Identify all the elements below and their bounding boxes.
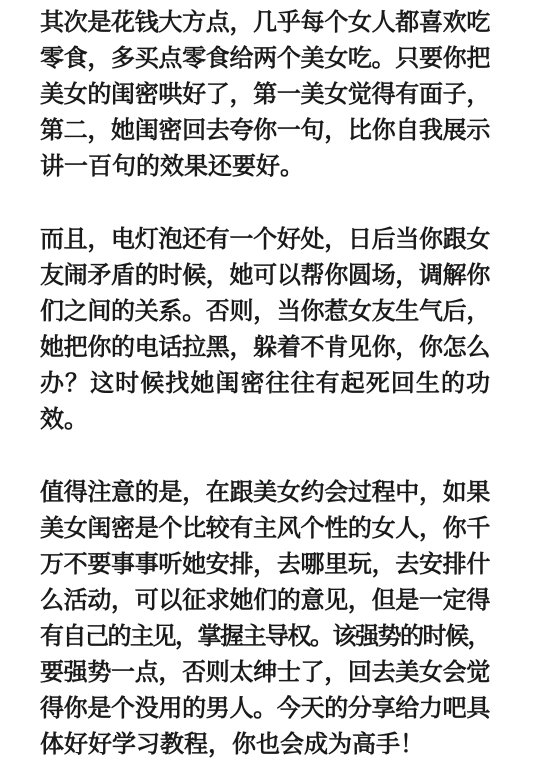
- article-page: 其次是花钱大方点，几乎每个女人都喜欢吃零食，多买点零食给两个美女吃。只要你把美女…: [0, 0, 540, 763]
- text-line: 得你是个没用的男人。今天的分享给力吧具: [40, 691, 490, 727]
- text-line: 美女闺密是个比较有主风个性的女人，你千: [40, 511, 490, 547]
- text-line: 办？这时候找她闺密往往有起死回生的功: [40, 366, 490, 402]
- text-line: 讲一百句的效果还要好。: [40, 149, 490, 185]
- text-line: 值得注意的是，在跟美女约会过程中，如果: [40, 475, 490, 511]
- article-paragraphs: 其次是花钱大方点，几乎每个女人都喜欢吃零食，多买点零食给两个美女吃。只要你把美女…: [40, 5, 490, 763]
- text-line: 她把你的电话拉黑，躲着不肯见你，你怎么: [40, 330, 490, 366]
- paragraph: 值得注意的是，在跟美女约会过程中，如果美女闺密是个比较有主风个性的女人，你千万不…: [40, 475, 490, 763]
- text-line: 体好好学习教程，你也会成为高手！: [40, 727, 490, 763]
- text-line: 第二，她闺密回去夸你一句，比你自我展示: [40, 113, 490, 149]
- text-line: 么活动，可以征求她们的意见，但是一定得: [40, 583, 490, 619]
- text-line: 有自己的主见，掌握主导权。该强势的时候，: [40, 619, 490, 655]
- paragraph: 而且，电灯泡还有一个好处，日后当你跟女友闹矛盾的时候，她可以帮你圆场，调解你们之…: [40, 222, 490, 438]
- text-line: 友闹矛盾的时候，她可以帮你圆场，调解你: [40, 258, 490, 294]
- text-line: 要强势一点，否则太绅士了，回去美女会觉: [40, 655, 490, 691]
- text-line: 零食，多买点零食给两个美女吃。只要你把: [40, 41, 490, 77]
- text-line: 万不要事事听她安排，去哪里玩，去安排什: [40, 547, 490, 583]
- text-line: 美女的闺密哄好了，第一美女觉得有面子，: [40, 77, 490, 113]
- text-line: 们之间的关系。否则，当你惹女友生气后，: [40, 294, 490, 330]
- text-line: 效。: [40, 402, 490, 438]
- text-line: 其次是花钱大方点，几乎每个女人都喜欢吃: [40, 5, 490, 41]
- text-line: 而且，电灯泡还有一个好处，日后当你跟女: [40, 222, 490, 258]
- paragraph: 其次是花钱大方点，几乎每个女人都喜欢吃零食，多买点零食给两个美女吃。只要你把美女…: [40, 5, 490, 185]
